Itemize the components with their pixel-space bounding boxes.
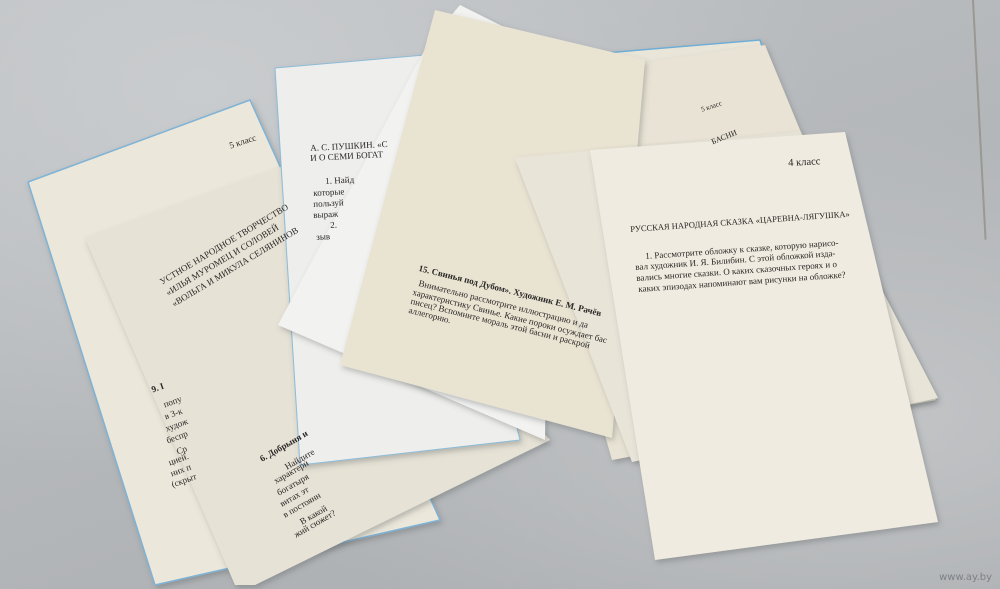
watermark: www.ay.by bbox=[939, 572, 992, 583]
pushkin-line-2: которые bbox=[313, 186, 345, 198]
pushkin-line-6: зыв bbox=[316, 231, 330, 242]
front-grade-label: 4 класс bbox=[788, 156, 821, 169]
pushkin-line-3: пользуй bbox=[313, 197, 344, 209]
pushkin-line-1: 1. Найд bbox=[325, 174, 354, 185]
paper-sheets bbox=[0, 0, 1000, 589]
pushkin-line-4: выраж bbox=[313, 209, 339, 220]
pushkin-line-5: 2. bbox=[330, 220, 337, 230]
sheet-front-grade4 bbox=[590, 132, 938, 560]
